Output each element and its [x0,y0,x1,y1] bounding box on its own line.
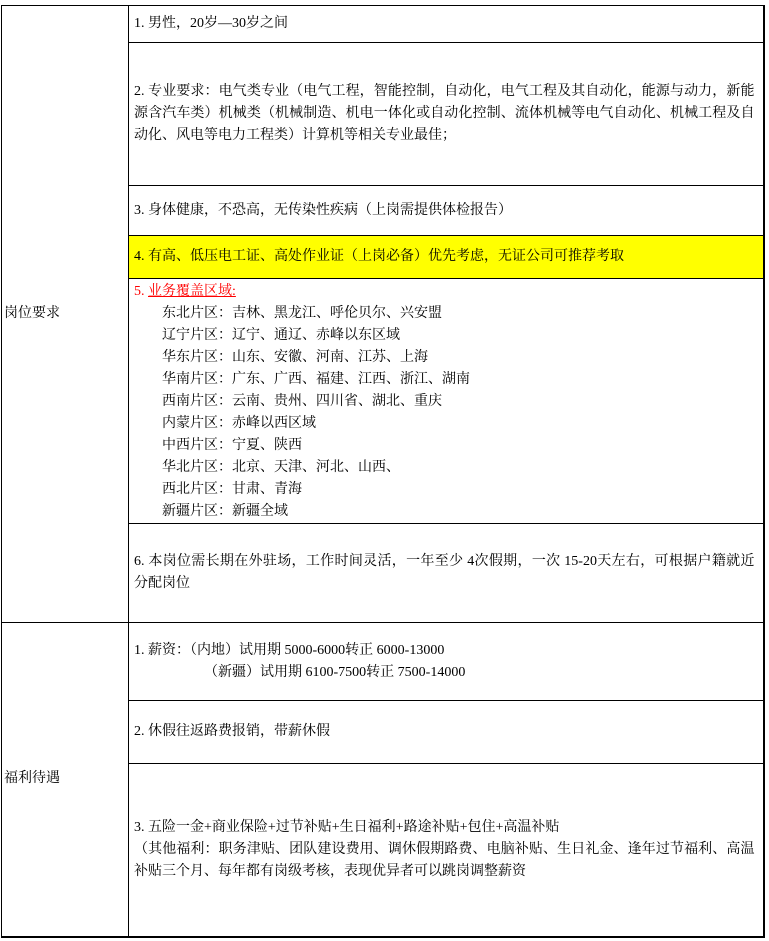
region-line-east-china: 华东片区：山东、安徽、河南、江苏、上海 [134,347,755,369]
table-row: 福利待遇 1. 薪资：（内地）试用期 5000-6000转正 6000-1300… [2,623,764,701]
requirement-item-2-text: 2. 专业要求：电气类专业（电气工程，智能控制，自动化，电气工程及其自动化，能源… [134,81,755,147]
requirement-item-5-coverage: 5. 业务覆盖区域: 东北片区：吉林、黑龙江、呼伦贝尔、兴安盟 辽宁片区：辽宁、… [129,279,764,524]
table-row: 岗位要求 1. 男性，20岁—30岁之间 [2,6,764,43]
region-line-south-china: 华南片区：广东、广西、福建、江西、浙江、湖南 [134,369,755,391]
job-posting-table: 岗位要求 1. 男性，20岁—30岁之间 2. 专业要求：电气类专业（电气工程，… [1,5,765,938]
benefit-item-1-salary: 1. 薪资：（内地）试用期 5000-6000转正 6000-13000 （新疆… [129,623,764,701]
requirement-item-1-text: 1. 男性，20岁—30岁之间 [134,13,755,35]
salary-line-mainland: 1. 薪资：（内地）试用期 5000-6000转正 6000-13000 [134,640,755,662]
requirement-item-4-highlighted: 4. 有高、低压电工证、高处作业证（上岗必备）优先考虑，无证公司可推荐考取 [129,236,764,279]
requirement-item-3-text: 3. 身体健康，不恐高，无传染性疾病（上岗需提供体检报告） [134,200,755,222]
benefit-item-2-text: 2. 休假往返路费报销，带薪休假 [134,721,755,743]
requirement-item-3: 3. 身体健康，不恐高，无传染性疾病（上岗需提供体检报告） [129,186,764,236]
region-line-northeast: 东北片区：吉林、黑龙江、呼伦贝尔、兴安盟 [134,303,755,325]
requirement-item-6-text: 6. 本岗位需长期在外驻场，工作时间灵活，一年至少 4次假期，一次 15-20天… [134,551,755,595]
section-header-job-requirements: 岗位要求 [2,6,129,623]
coverage-title-number: 5. [134,284,148,299]
region-line-north-china: 华北片区：北京、天津、河北、山西、 [134,457,755,479]
coverage-regions-title: 5. 业务覆盖区域: [134,281,755,303]
region-line-xinjiang: 新疆片区：新疆全域 [134,501,755,523]
benefit-item-2-vacation: 2. 休假往返路费报销，带薪休假 [129,701,764,764]
region-line-southwest: 西南片区：云南、贵州、四川省、湖北、重庆 [134,391,755,413]
requirement-item-2: 2. 专业要求：电气类专业（电气工程，智能控制，自动化，电气工程及其自动化，能源… [129,43,764,186]
region-line-liaoning: 辽宁片区：辽宁、通辽、赤峰以东区域 [134,325,755,347]
benefit-item-3-line-1: 3. 五险一金+商业保险+过节补贴+生日福利+路途补贴+包住+高温补贴 [134,817,755,839]
document-sheet: 岗位要求 1. 男性，20岁—30岁之间 2. 专业要求：电气类专业（电气工程，… [0,0,769,941]
region-line-midwest: 中西片区：宁夏、陕西 [134,435,755,457]
coverage-title-label: 业务覆盖区域: [148,284,236,299]
section-header-benefits: 福利待遇 [2,623,129,937]
requirement-item-6: 6. 本岗位需长期在外驻场，工作时间灵活，一年至少 4次假期，一次 15-20天… [129,524,764,623]
requirement-item-1: 1. 男性，20岁—30岁之间 [129,6,764,43]
requirement-item-4-text: 4. 有高、低压电工证、高处作业证（上岗必备）优先考虑，无证公司可推荐考取 [134,246,755,268]
region-line-inner-mongolia: 内蒙片区：赤峰以西区域 [134,413,755,435]
benefit-item-3-line-2: （其他福利：职务津贴、团队建设费用、调休假期路费、电脑补贴、生日礼金、逢年过节福… [134,839,755,883]
salary-line-xinjiang: （新疆）试用期 6100-7500转正 7500-14000 [134,662,755,684]
region-line-northwest: 西北片区：甘肃、青海 [134,479,755,501]
benefit-item-3-insurance: 3. 五险一金+商业保险+过节补贴+生日福利+路途补贴+包住+高温补贴 （其他福… [129,764,764,937]
